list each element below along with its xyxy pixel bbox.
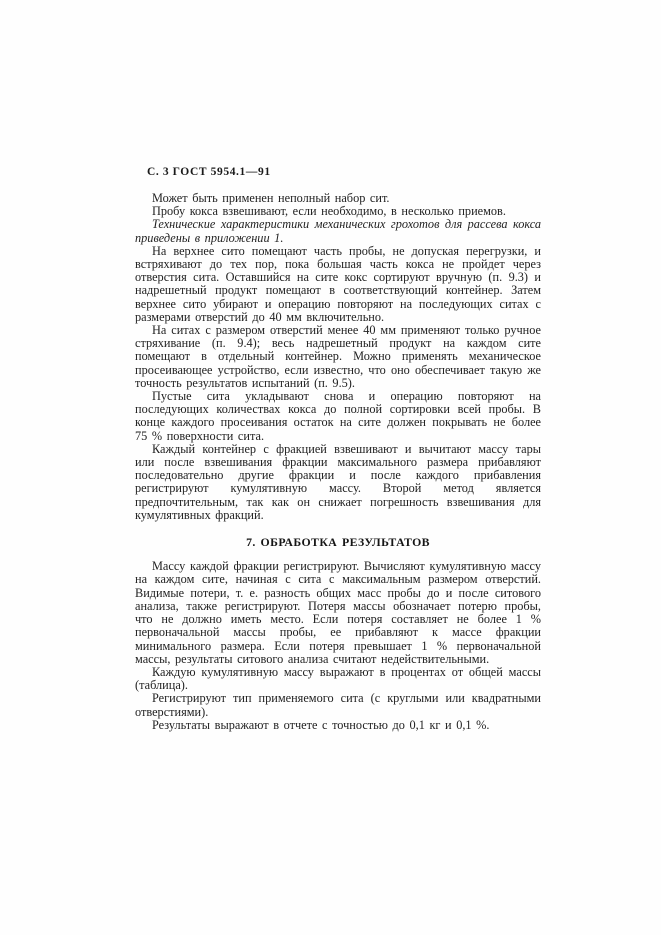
- paragraph: На ситах с размером отверстий менее 40 м…: [135, 324, 541, 390]
- text-column: Может быть применен неполный набор сит. …: [135, 192, 541, 732]
- paragraph: Массу каждой фракции регистрируют. Вычис…: [135, 560, 541, 666]
- paragraph: Регистрируют тип применяемого сита (с кр…: [135, 692, 541, 718]
- section-heading: 7. ОБРАБОТКА РЕЗУЛЬТАТОВ: [135, 536, 541, 549]
- paragraph: Каждую кумулятивную массу выражают в про…: [135, 666, 541, 692]
- paragraph: На верхнее сито помещают часть пробы, не…: [135, 245, 541, 324]
- paragraph: Каждый контейнер с фракцией взвешивают и…: [135, 443, 541, 522]
- paragraph: Пустые сита укладывают снова и операцию …: [135, 390, 541, 443]
- document-page: С. 3 ГОСТ 5954.1—91 Может быть применен …: [0, 0, 661, 935]
- paragraph-italic-note: Технические характеристики механических …: [135, 218, 541, 244]
- page-header: С. 3 ГОСТ 5954.1—91: [147, 166, 271, 178]
- paragraph: Результаты выражают в отчете с точностью…: [135, 719, 541, 732]
